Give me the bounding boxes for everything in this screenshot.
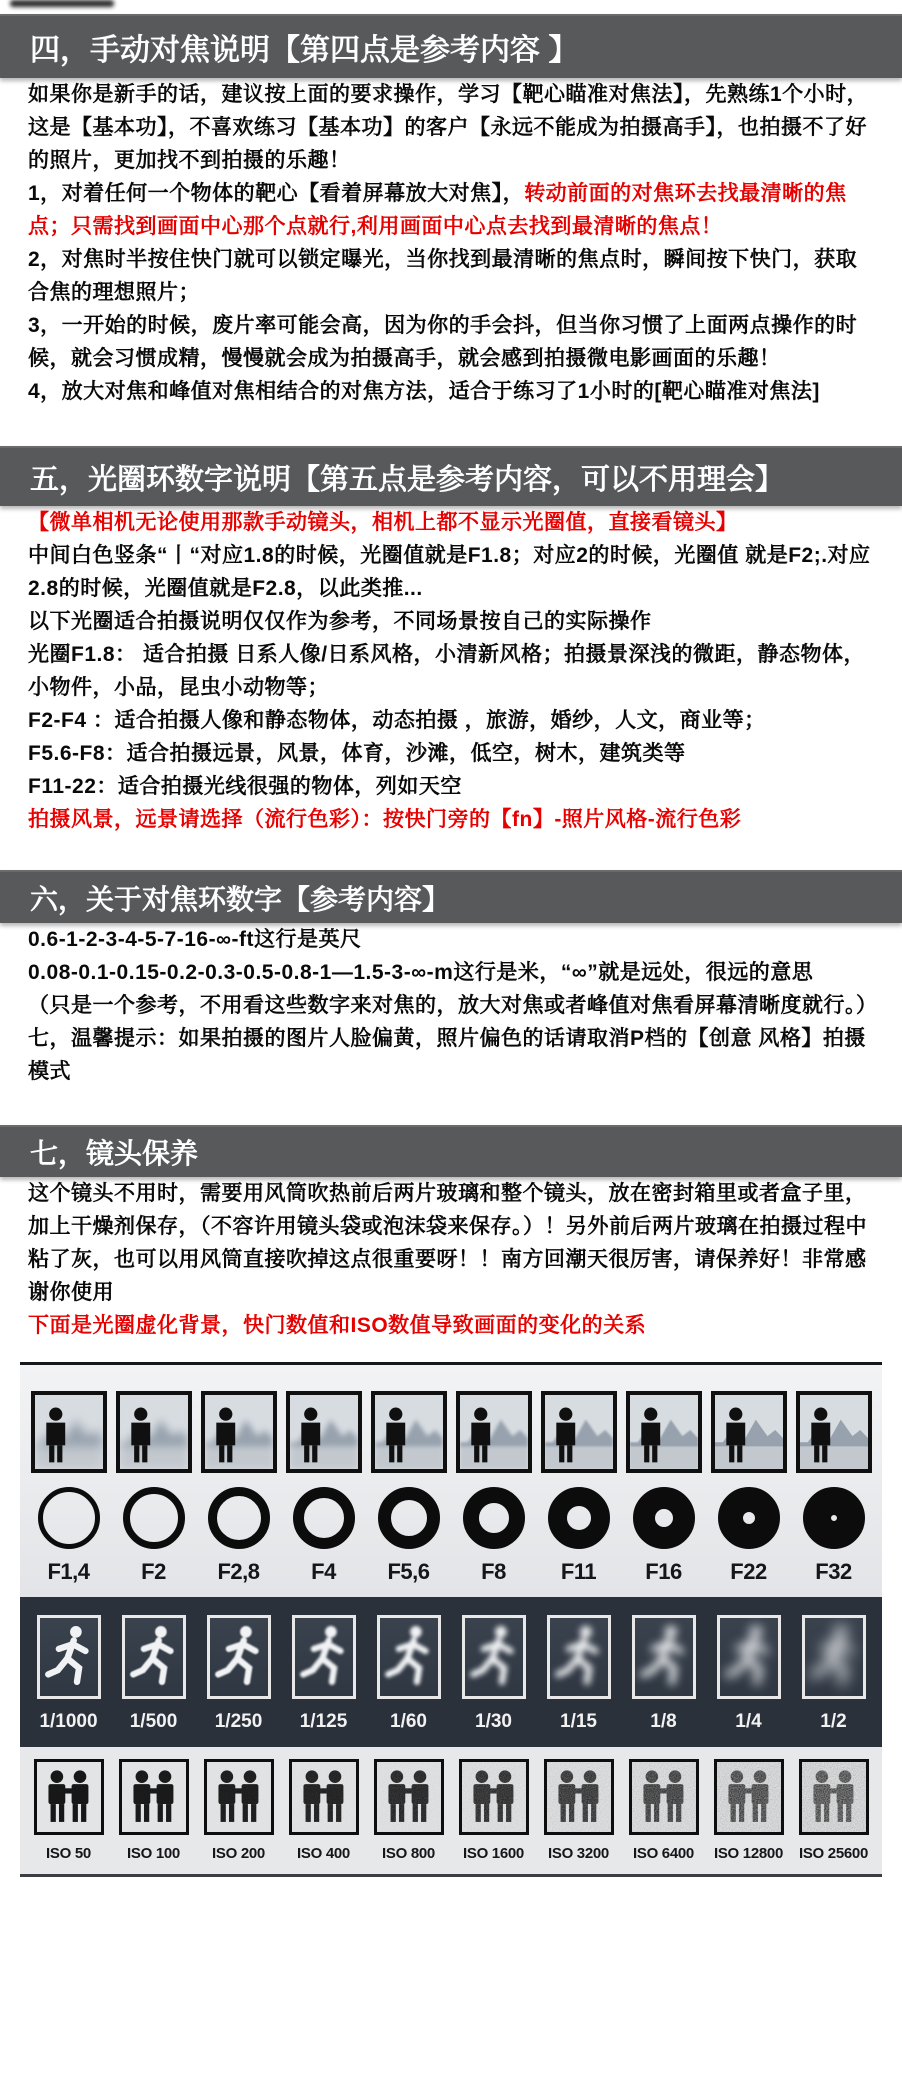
aperture-value-label: F16: [645, 1559, 681, 1585]
aperture-opening-icon: [803, 1487, 865, 1549]
iso-value-label: ISO 800: [382, 1845, 435, 1862]
aperture-opening-icon: [123, 1487, 185, 1549]
top-edge-artifact: [10, 0, 114, 7]
aperture-f18-usage: 光圈F1.8： 适合拍摄 日系人像/日系风格，小清新风格；拍摄景深浅的微距，静态…: [28, 638, 878, 704]
shutter-value-label: 1/250: [215, 1711, 263, 1733]
aperture-opening-icon: [718, 1487, 780, 1549]
aperture-sample-frame: [541, 1391, 617, 1473]
noise-overlay: [632, 1762, 696, 1832]
iso-value-label: ISO 12800: [714, 1845, 783, 1862]
aperture-section: F1,4 F2 F2,8 F4 F5,6 F8 F11 F16 F22 F32: [20, 1365, 882, 1597]
iso-sample-frame: [374, 1759, 444, 1835]
iso-sample-frame: [799, 1759, 869, 1835]
aperture-f2f4-usage: F2-F4 ：适合拍摄人像和静态物体，动态拍摄 ，旅游，婚纱，人文，商业等；: [28, 704, 878, 737]
shutter-labels-row: 1/1000 1/500 1/250 1/125 1/60 1/30 1/15 …: [28, 1709, 874, 1733]
iso-section: ISO 50 ISO 100 ISO 200 ISO 400 ISO 800 I…: [20, 1747, 882, 1874]
shutter-value-label: 1/2: [820, 1711, 846, 1733]
iso-value-label: ISO 1600: [463, 1845, 524, 1862]
iso-sample-frame: [714, 1759, 784, 1835]
shutter-sample-frame: [717, 1615, 781, 1699]
iso-value-label: ISO 50: [46, 1845, 91, 1862]
person-icon: [545, 1399, 613, 1467]
runner-icon: [809, 1622, 860, 1691]
iso-sample-frame: [119, 1759, 189, 1835]
noise-overlay: [462, 1762, 526, 1832]
runner-icon: [384, 1622, 435, 1691]
shutter-value-label: 1/60: [390, 1711, 427, 1733]
runner-icon: [554, 1622, 605, 1691]
iso-value-label: ISO 400: [297, 1845, 350, 1862]
section-five-aperture-explain: 中间白色竖条“丨“对应1.8的时候，光圈值就是F1.8；对应2的时候，光圈值 就…: [28, 539, 878, 605]
shutter-value-label: 1/1000: [39, 1711, 97, 1733]
shutter-sample-frame: [462, 1615, 526, 1699]
section-six-banner: 六，关于对焦环数字【参考内容】: [0, 870, 902, 923]
shutter-value-label: 1/15: [560, 1711, 597, 1733]
shutter-value-label: 1/500: [130, 1711, 178, 1733]
shutter-sample-frame: [547, 1615, 611, 1699]
aperture-value-label: F32: [815, 1559, 851, 1585]
aperture-value-label: F2,8: [217, 1559, 259, 1585]
color-cast-warm-tip: 七，温馨提示：如果拍摄的图片人脸偏黄，照片偏色的话请取消P档的【创意 风格】拍摄…: [28, 1022, 878, 1088]
person-icon: [715, 1399, 783, 1467]
aperture-sample-frame: [456, 1391, 532, 1473]
aperture-opening-icon: [633, 1487, 695, 1549]
noise-overlay: [37, 1762, 101, 1832]
shutter-sample-frame: [292, 1615, 356, 1699]
section-five-reference-note: 以下光圈适合拍摄说明仅仅作为参考，不同场景按自己的实际操作: [28, 605, 878, 638]
section-six-banner-title: 六，关于对焦环数字【参考内容】: [30, 878, 450, 918]
iso-frames-row: [28, 1759, 874, 1835]
aperture-opening-icon: [378, 1487, 440, 1549]
shutter-value-label: 1/125: [300, 1711, 348, 1733]
person-icon: [630, 1399, 698, 1467]
shutter-sample-frame: [207, 1615, 271, 1699]
noise-overlay: [207, 1762, 271, 1832]
person-icon: [800, 1399, 868, 1467]
person-icon: [460, 1399, 528, 1467]
aperture-sample-frame: [286, 1391, 362, 1473]
person-icon: [205, 1399, 273, 1467]
section-five-banner: 五，光圈环数字说明【第五点是参考内容，可以不用理会】: [0, 446, 902, 506]
aperture-sample-frame: [31, 1391, 107, 1473]
person-icon: [290, 1399, 358, 1467]
section-four-point1: 1，对着任何一个物体的靶心【看着屏幕放大对焦】，转动前面的对焦环去找最清晰的焦点…: [28, 177, 878, 243]
aperture-opening-icon: [38, 1487, 100, 1549]
shutter-frames-row: [28, 1615, 874, 1699]
section-four-banner: 四，手动对焦说明【第四点是参考内容 】: [0, 14, 902, 78]
aperture-value-label: F11: [561, 1559, 596, 1585]
noise-overlay: [717, 1762, 781, 1832]
person-icon: [120, 1399, 188, 1467]
iso-value-label: ISO 100: [127, 1845, 180, 1862]
focus-ring-feet-scale: 0.6-1-2-3-4-5-7-16-∞-ft这行是英尺: [28, 923, 878, 956]
aperture-value-label: F5,6: [387, 1559, 429, 1585]
shutter-value-label: 1/4: [735, 1711, 761, 1733]
section-four-point2: 2，对焦时半按住快门就可以锁定曝光，当你找到最清晰的焦点时，瞬间按下快门，获取合…: [28, 243, 878, 309]
noise-overlay: [292, 1762, 356, 1832]
aperture-f56f8-usage: F5.6-F8：适合拍摄远景，风景，体育，沙滩，低空，树木，建筑类等: [28, 737, 878, 770]
iso-value-label: ISO 200: [212, 1845, 265, 1862]
section-seven-banner: 七，镜头保养: [0, 1125, 902, 1177]
focus-ring-reference-note: （只是一个参考，不用看这些数字来对焦的，放大对焦或者峰值对焦看屏幕清晰度就行。）: [28, 989, 878, 1022]
shutter-sample-frame: [122, 1615, 186, 1699]
section-five-red-note: 【微单相机无论使用那款手动镜头，相机上都不显示光圈值，直接看镜头】: [28, 506, 878, 539]
iso-sample-frame: [459, 1759, 529, 1835]
focus-ring-meter-scale: 0.08-0.1-0.15-0.2-0.3-0.5-0.8-1—1.5-3-∞-…: [28, 956, 878, 989]
iso-sample-frame: [204, 1759, 274, 1835]
aperture-sample-frame: [116, 1391, 192, 1473]
shutter-sample-frame: [377, 1615, 441, 1699]
aperture-frames-row: [28, 1391, 874, 1473]
aperture-sample-frame: [711, 1391, 787, 1473]
aperture-sample-frame: [371, 1391, 447, 1473]
aperture-opening-icon: [293, 1487, 355, 1549]
section-five-red-tip: 拍摄风景，远景请选择（流行色彩）：按快门旁的【fn】-照片风格-流行色彩: [28, 803, 878, 836]
noise-overlay: [377, 1762, 441, 1832]
aperture-sample-frame: [201, 1391, 277, 1473]
aperture-circles-row: [28, 1487, 874, 1549]
bottom-whitespace: [0, 1877, 902, 1907]
shutter-section: 1/1000 1/500 1/250 1/125 1/60 1/30 1/15 …: [20, 1597, 882, 1747]
noise-overlay: [122, 1762, 186, 1832]
runner-icon: [129, 1622, 180, 1691]
aperture-labels-row: F1,4 F2 F2,8 F4 F5,6 F8 F11 F16 F22 F32: [28, 1559, 874, 1585]
aperture-value-label: F1,4: [47, 1559, 89, 1585]
runner-icon: [44, 1622, 95, 1691]
section-four-intro: 如果你是新手的话，建议按上面的要求操作，学习【靶心瞄准对焦法】，先熟练1个小时，…: [28, 78, 878, 177]
iso-labels-row: ISO 50 ISO 100 ISO 200 ISO 400 ISO 800 I…: [28, 1845, 874, 1862]
aperture-f1122-usage: F11-22：适合拍摄光线很强的物体，列如天空: [28, 770, 878, 803]
aperture-opening-icon: [548, 1487, 610, 1549]
section-seven-banner-title: 七，镜头保养: [30, 1132, 198, 1172]
section-four-point3: 3，一开始的时候，废片率可能会高，因为你的手会抖，但当你习惯了上面两点操作的时候…: [28, 309, 878, 375]
iso-sample-frame: [289, 1759, 359, 1835]
noise-overlay: [547, 1762, 611, 1832]
shutter-value-label: 1/30: [475, 1711, 512, 1733]
iso-value-label: ISO 3200: [548, 1845, 609, 1862]
aperture-sample-frame: [626, 1391, 702, 1473]
runner-icon: [639, 1622, 690, 1691]
shutter-sample-frame: [802, 1615, 866, 1699]
section-four-banner-title: 四，手动对焦说明【第四点是参考内容 】: [30, 25, 578, 69]
exposure-chart: F1,4 F2 F2,8 F4 F5,6 F8 F11 F16 F22 F32: [20, 1362, 882, 1877]
aperture-value-label: F22: [730, 1559, 766, 1585]
aperture-value-label: F4: [311, 1559, 336, 1585]
shutter-sample-frame: [37, 1615, 101, 1699]
exposure-chart-caption: 下面是光圈虚化背景，快门数值和ISO数值导致画面的变化的关系: [28, 1309, 878, 1342]
iso-value-label: ISO 6400: [633, 1845, 694, 1862]
runner-icon: [299, 1622, 350, 1691]
section-five-banner-title: 五，光圈环数字说明【第五点是参考内容，可以不用理会】: [30, 457, 784, 498]
lens-care-paragraph: 这个镜头不用时，需要用风筒吹热前后两片玻璃和整个镜头，放在密封箱里或者盒子里，加…: [28, 1177, 878, 1309]
iso-sample-frame: [629, 1759, 699, 1835]
shutter-sample-frame: [632, 1615, 696, 1699]
iso-sample-frame: [34, 1759, 104, 1835]
runner-icon: [469, 1622, 520, 1691]
product-detail-page: 四，手动对焦说明【第四点是参考内容 】 如果你是新手的话，建议按上面的要求操作，…: [0, 0, 902, 2080]
person-icon: [35, 1399, 103, 1467]
aperture-opening-icon: [463, 1487, 525, 1549]
noise-overlay: [802, 1762, 866, 1832]
runner-icon: [724, 1622, 775, 1691]
aperture-value-label: F2: [141, 1559, 166, 1585]
aperture-value-label: F8: [481, 1559, 506, 1585]
point1-black-text: 1，对着任何一个物体的靶心【看着屏幕放大对焦】，: [28, 182, 524, 205]
person-icon: [375, 1399, 443, 1467]
aperture-sample-frame: [796, 1391, 872, 1473]
iso-value-label: ISO 25600: [799, 1845, 868, 1862]
runner-icon: [214, 1622, 265, 1691]
section-four-point4: 4，放大对焦和峰值对焦相结合的对焦方法，适合于练习了1小时的[靶心瞄准对焦法]: [28, 375, 878, 408]
aperture-opening-icon: [208, 1487, 270, 1549]
iso-sample-frame: [544, 1759, 614, 1835]
shutter-value-label: 1/8: [650, 1711, 676, 1733]
